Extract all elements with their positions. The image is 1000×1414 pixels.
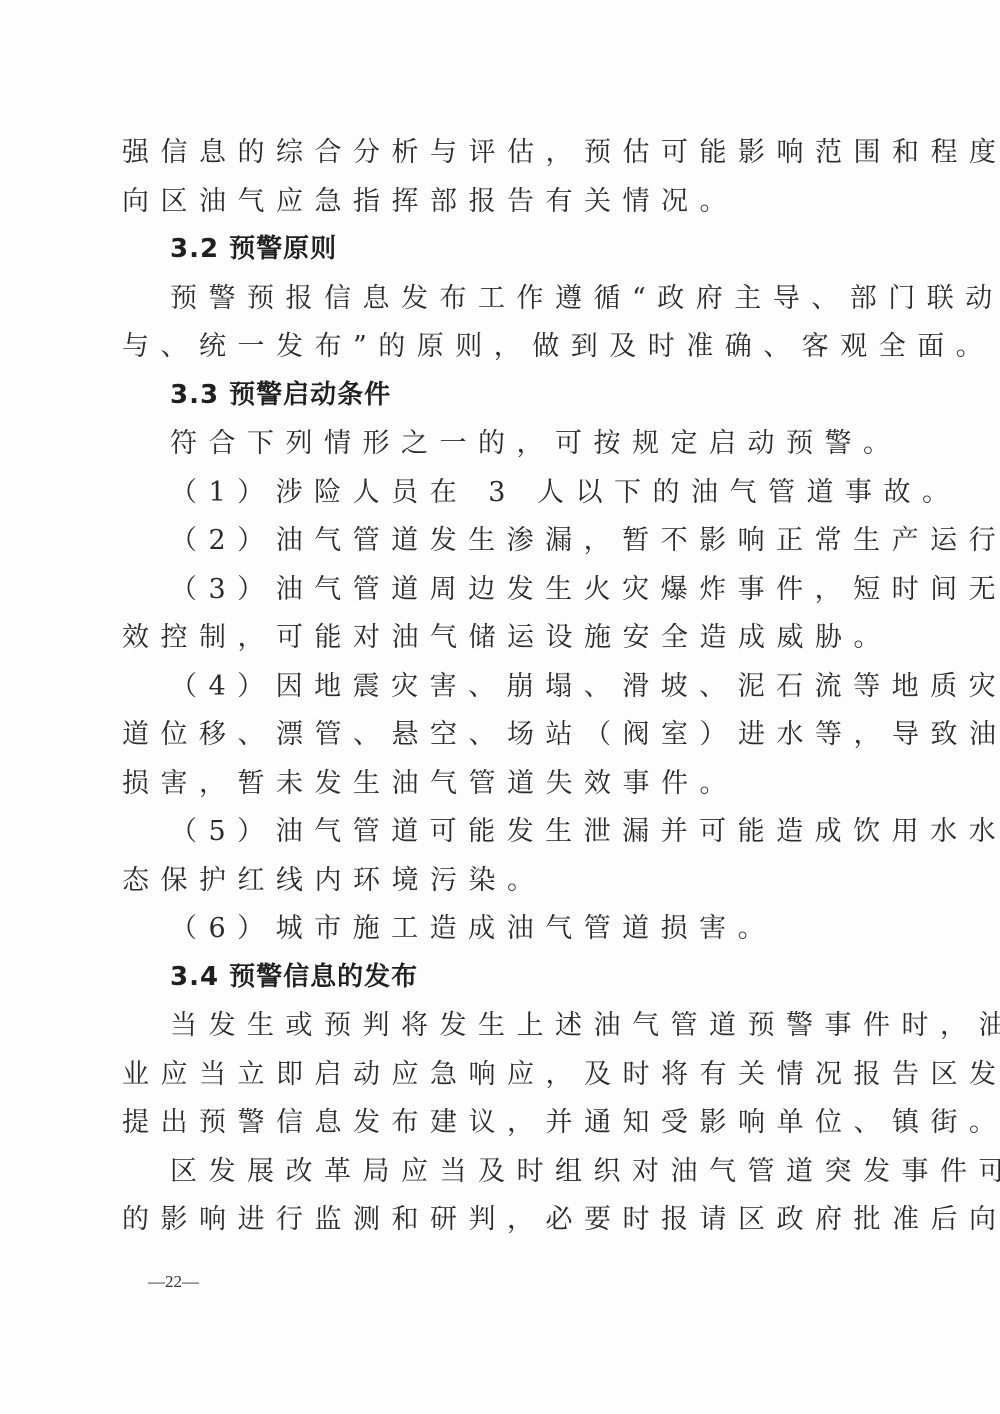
paragraph-first-line: 符合下列情形之一的，可按规定启动预警。 xyxy=(170,419,930,468)
body-line: 的影响进行监测和研判，必要时报请区政府批准后向社会公众发 xyxy=(122,1195,882,1244)
list-item-1: （1）涉险人员在 3 人以下的油气管道事故。 xyxy=(170,468,930,517)
section-heading-3-4: 3.4 预警信息的发布 xyxy=(170,953,930,1002)
body-line: 态保护红线内环境污染。 xyxy=(122,856,882,905)
list-item-2: （2）油气管道发生渗漏，暂不影响正常生产运行。 xyxy=(170,516,930,565)
list-item-5: （5）油气管道可能发生泄漏并可能造成饮用水水源地、生 xyxy=(170,807,930,856)
section-heading-3-3: 3.3 预警启动条件 xyxy=(170,371,930,420)
paragraph-first-line: 区发展改革局应当及时组织对油气管道突发事件可能造成 xyxy=(170,1147,930,1196)
body-line: 业应当立即启动应急响应，及时将有关情况报告区发展改革局， xyxy=(122,1050,882,1099)
list-item-3: （3）油气管道周边发生火灾爆炸事件，短时间无法得到有 xyxy=(170,565,930,614)
body-line: 效控制，可能对油气储运设施安全造成威胁。 xyxy=(122,613,882,662)
list-item-4: （4）因地震灾害、崩塌、滑坡、泥石流等地质灾害导致管 xyxy=(170,662,930,711)
list-item-6: （6）城市施工造成油气管道损害。 xyxy=(170,904,930,953)
body-line: 提出预警信息发布建议，并通知受影响单位、镇街。 xyxy=(122,1098,882,1147)
document-page: 强信息的综合分析与评估，预估可能影响范围和程度，及时如实 向区油气应急指挥部报告… xyxy=(0,0,1000,1414)
body-line: 与、统一发布”的原则，做到及时准确、客观全面。 xyxy=(122,322,882,371)
paragraph-first-line: 当发生或预判将发生上述油气管道预警事件时，油气管道企 xyxy=(170,1001,930,1050)
page-number: —22— xyxy=(148,1272,199,1292)
section-heading-3-2: 3.2 预警原则 xyxy=(170,225,930,274)
body-line: 向区油气应急指挥部报告有关情况。 xyxy=(122,177,882,226)
body-line: 损害，暂未发生油气管道失效事件。 xyxy=(122,759,882,808)
body-line: 道位移、漂管、悬空、场站（阀室）进水等，导致油气管道本体 xyxy=(122,710,882,759)
paragraph-first-line: 预警预报信息发布工作遵循“政府主导、部门联动、社会参 xyxy=(170,274,930,323)
body-line: 强信息的综合分析与评估，预估可能影响范围和程度，及时如实 xyxy=(122,128,882,177)
